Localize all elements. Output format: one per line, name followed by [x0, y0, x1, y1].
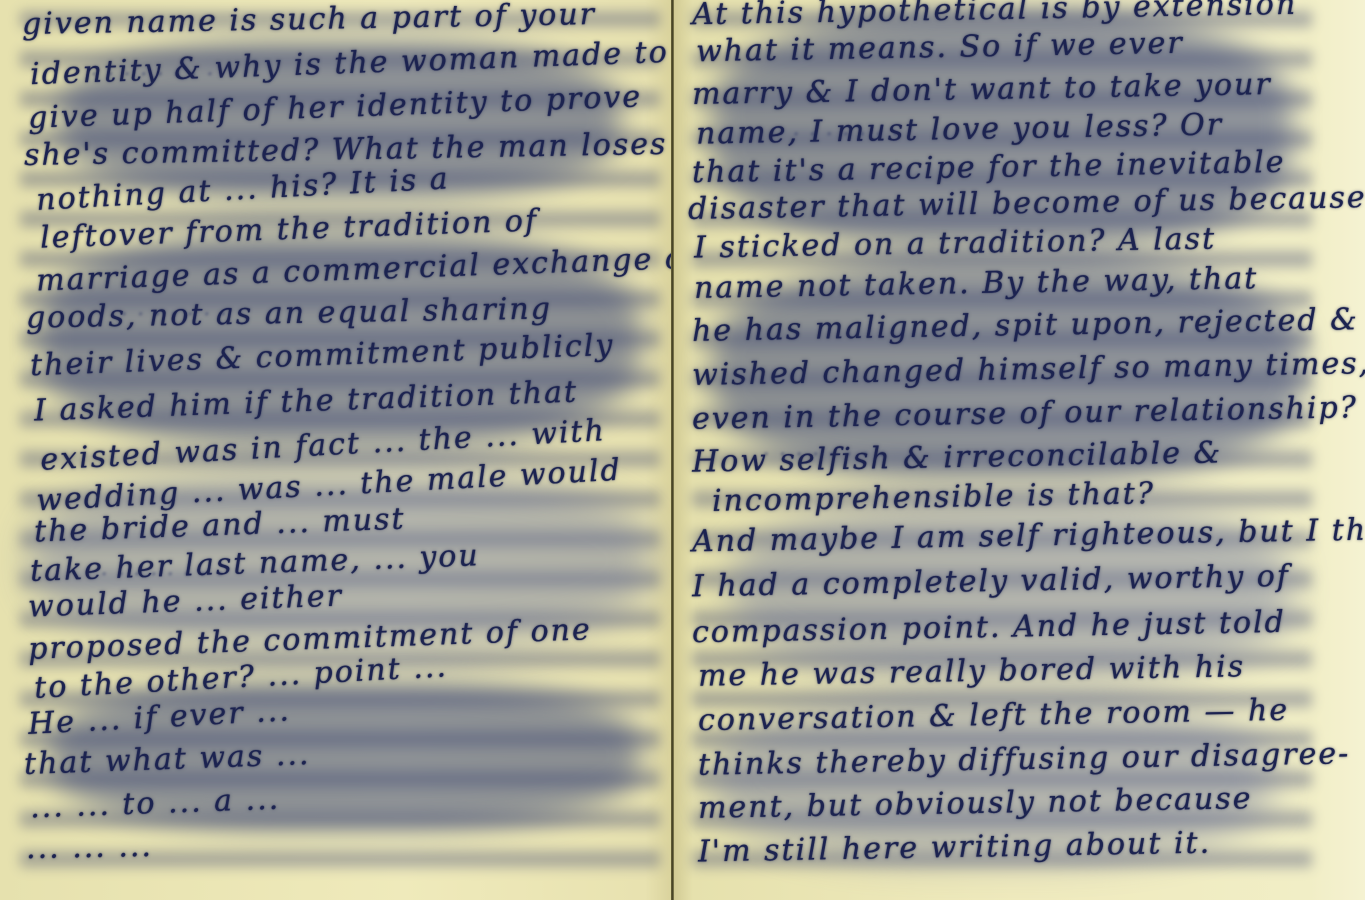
left-page: · · · · · · · · · · · · · · · · · · · · … — [0, 0, 672, 900]
text-line: ... ... ... — [26, 829, 153, 866]
notebook-spine — [671, 0, 674, 900]
open-notebook: · · · · · · · · · · · · · · · · · · · · … — [0, 0, 1365, 900]
right-page: · · · · · · · · · · · · · · · At this hy… — [672, 0, 1365, 900]
